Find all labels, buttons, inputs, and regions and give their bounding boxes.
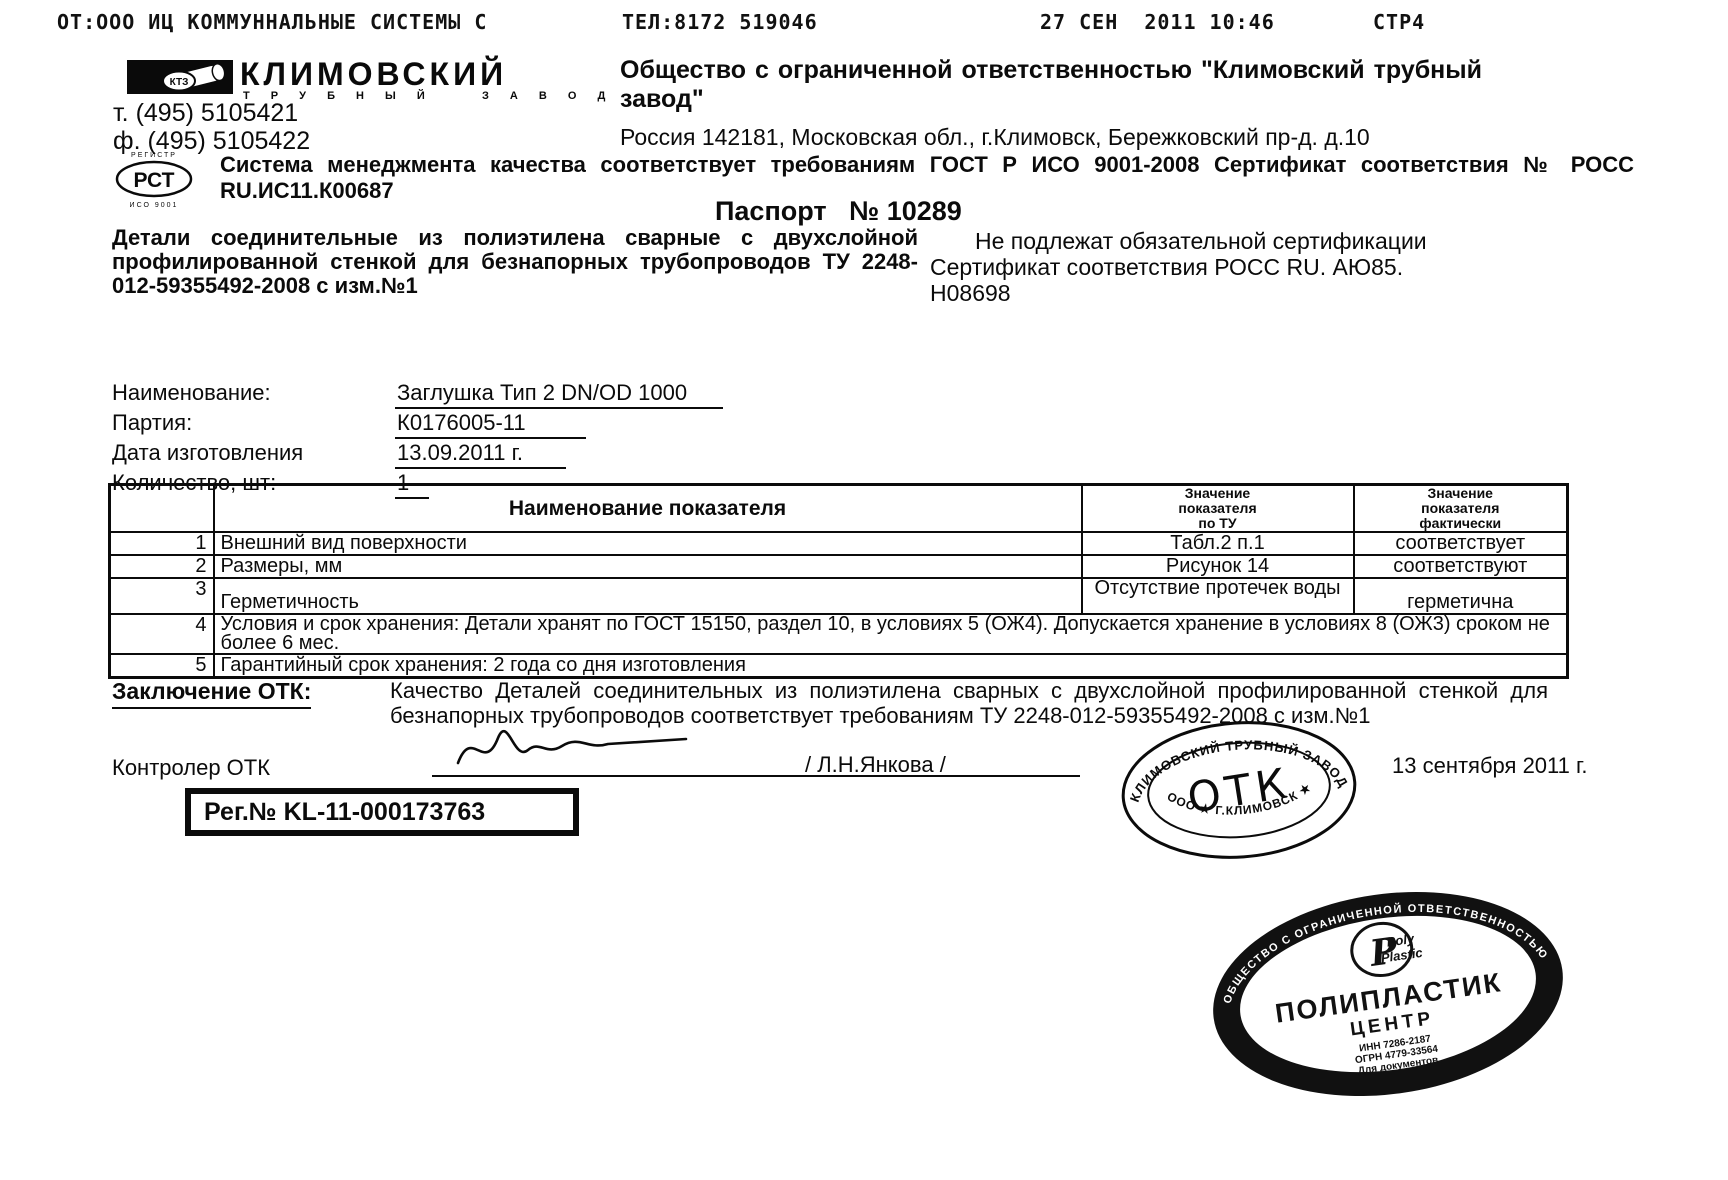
row3-num: 3 (110, 578, 214, 614)
registration-number-box: Рег.№ KL-11-000173763 (185, 788, 579, 836)
row1-name: Внешний вид поверхности (214, 532, 1082, 555)
row4-text: Условия и срок хранения: Детали хранят п… (214, 614, 1568, 654)
rst-top-text: РЕГИСТР (131, 152, 177, 159)
table-row: 5 Гарантийный срок хранения: 2 года со д… (110, 654, 1568, 678)
logo-badge-text: КТЗ (170, 77, 189, 88)
product-description: Детали соединительные из полиэтилена сва… (112, 226, 918, 298)
product-fields: Наименование:Заглушка Тип 2 DN/OD 1000 П… (112, 379, 723, 499)
company-address: Россия 142181, Московская обл., г.Климов… (620, 124, 1370, 151)
controller-name: / Л.Н.Янкова / (805, 752, 946, 778)
brand-subtitle: Т Р У Б Н Ы Й З А В О Д (243, 90, 614, 102)
field-name: Наименование:Заглушка Тип 2 DN/OD 1000 (112, 379, 723, 409)
field-batch-label: Партия: (112, 409, 395, 436)
col-header-tu: Значение показателя по ТУ (1082, 485, 1354, 533)
document-date: 13 сентября 2011 г. (1392, 753, 1587, 779)
table-row: 4 Условия и срок хранения: Детали хранят… (110, 614, 1568, 654)
table-row: 3 Герметичность Отсутствие протечек воды… (110, 578, 1568, 614)
fax-header-tel: ТЕЛ:8172 519046 (622, 10, 818, 34)
company-name: Общество с ограниченной ответственностью… (620, 56, 1482, 114)
row1-num: 1 (110, 532, 214, 555)
controller-label: Контролер ОТК (112, 755, 270, 781)
field-batch: Партия:К0176005-11 (112, 409, 723, 439)
table-row: 2 Размеры, мм Рисунок 14 соответствуют (110, 555, 1568, 578)
field-batch-value: К0176005-11 (395, 409, 586, 439)
row2-name: Размеры, мм (214, 555, 1082, 578)
row5-num: 5 (110, 654, 214, 678)
field-date-label: Дата изготовления (112, 439, 395, 466)
spec-table: Наименование показателя Значение показат… (108, 483, 1569, 679)
signature-icon (450, 718, 750, 783)
fax-header-datetime: 27 СЕН 2011 10:46 (1040, 10, 1275, 34)
rst-bottom-text: ИСО 9001 (130, 202, 179, 209)
field-date-value: 13.09.2011 г. (395, 439, 566, 469)
fax-header-page: СТР4 (1373, 10, 1425, 34)
row1-fact: соответствует (1354, 532, 1568, 555)
row2-tu: Рисунок 14 (1082, 555, 1354, 578)
row3-fact: герметична (1354, 578, 1568, 614)
row2-fact: соответствуют (1354, 555, 1568, 578)
otk-conclusion-label: Заключение ОТК: (112, 678, 311, 709)
certification-exemption-note: Не подлежат обязательной сертификации (975, 228, 1427, 254)
field-date: Дата изготовления13.09.2011 г. (112, 439, 723, 469)
polyplastic-stamp-icon: ОБЩЕСТВО С ОГРАНИЧЕННОЙ ОТВЕТСТВЕННОСТЬЮ… (1198, 880, 1578, 1113)
rst-certification-mark-icon: РЕГИСТР РСТ ИСО 9001 (108, 146, 200, 217)
registration-number: Рег.№ KL-11-000173763 (204, 798, 485, 827)
rst-letters: РСТ (134, 169, 175, 192)
table-row: 1 Внешний вид поверхности Табл.2 п.1 соо… (110, 532, 1568, 555)
field-name-value: Заглушка Тип 2 DN/OD 1000 (395, 379, 723, 409)
row1-tu: Табл.2 п.1 (1082, 532, 1354, 555)
spec-table-header-row: Наименование показателя Значение показат… (110, 485, 1568, 533)
col-header-num (110, 485, 214, 533)
col-header-name: Наименование показателя (214, 485, 1082, 533)
ktz-logo-icon: КТЗ (127, 60, 233, 99)
brand-name: КЛИМОВСКИЙ (240, 56, 507, 93)
col-header-fact: Значение показателя фактически (1354, 485, 1568, 533)
phone-number: т. (495) 5105421 (113, 99, 298, 128)
otk-stamp-center: ОТК (1184, 758, 1294, 823)
field-name-label: Наименование: (112, 379, 395, 406)
fax-header-from: ОТ:ООО ИЦ КОММУННАЛЬНЫЕ СИСТЕМЫ С (57, 10, 487, 34)
row2-num: 2 (110, 555, 214, 578)
row3-tu: Отсутствие протечек воды (1082, 578, 1354, 614)
row4-num: 4 (110, 614, 214, 654)
row5-text: Гарантийный срок хранения: 2 года со дня… (214, 654, 1568, 678)
row3-name: Герметичность (214, 578, 1082, 614)
otk-stamp-icon: «КЛИМОВСКИЙ ТРУБНЫЙ ЗАВОД» ООО ★ Г.КЛИМО… (1115, 716, 1363, 869)
certificate-number-note: Сертификат соответствия РОСС RU. АЮ85. Н… (930, 254, 1435, 306)
passport-title: Паспорт № 10289 (715, 196, 962, 227)
